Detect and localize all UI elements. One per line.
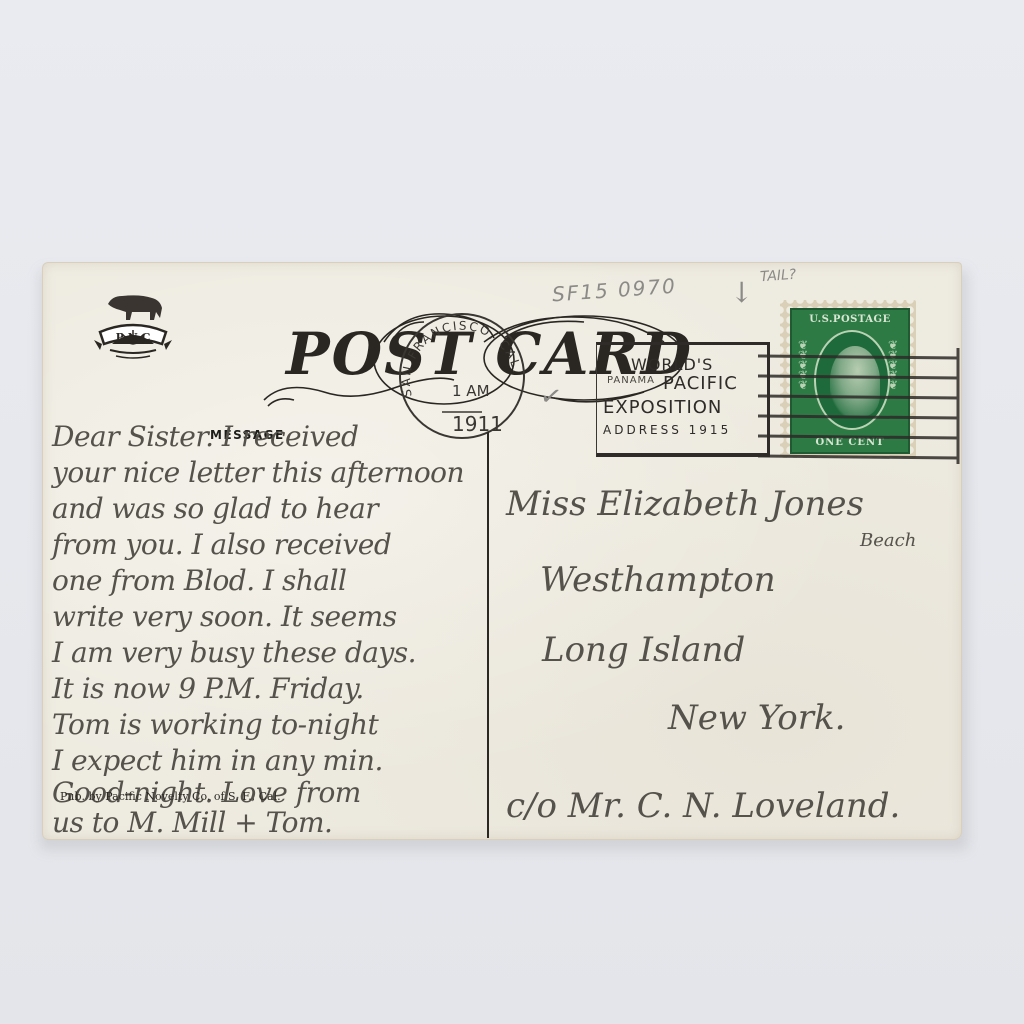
address-town: Westhampton bbox=[540, 560, 776, 600]
cancel-lines bbox=[758, 348, 964, 464]
address-care-of: c/o Mr. C. N. Loveland. bbox=[506, 786, 900, 826]
postmark-time: 1 AM bbox=[452, 382, 490, 400]
slogan-line: ADDRESS 1915 bbox=[603, 423, 731, 437]
slogan-line: PACIFIC bbox=[663, 373, 738, 394]
slogan-line: PANAMA bbox=[607, 375, 655, 386]
message-line: one from Blod. I shall bbox=[52, 564, 347, 597]
message-line: and was so glad to hear bbox=[52, 492, 378, 525]
message-line: your nice letter this afternoon bbox=[52, 456, 464, 489]
message-line: Dear Sister. I received bbox=[52, 420, 358, 453]
exposition-slogan-cancel: WORLD'S PANAMA PACIFIC EXPOSITION ADDRES… bbox=[596, 342, 770, 457]
svg-text:P·N·C: P·N·C bbox=[116, 331, 151, 344]
postmark-year: 1911 bbox=[452, 412, 503, 436]
slogan-line: WORLD'S bbox=[631, 355, 713, 374]
message-line: write very soon. It seems bbox=[52, 600, 397, 633]
message-line: from you. I also received bbox=[52, 528, 391, 561]
address-name: Miss Elizabeth Jones bbox=[506, 484, 864, 524]
message-line: I am very busy these days. bbox=[52, 636, 416, 669]
message-line: us to M. Mill + Tom. bbox=[52, 806, 332, 839]
publisher-line: Pub. by Pacific Novelty Co. of S. F., Ca… bbox=[60, 790, 281, 803]
postcard: P·N·C POST CARD SF15 0970 ↓ TAIL? ✓ SAN … bbox=[42, 262, 962, 840]
address-state: New York. bbox=[668, 698, 845, 738]
pencil-arrow-icon: ↓ bbox=[730, 276, 753, 309]
message-line: I expect him in any min. bbox=[52, 744, 383, 777]
center-divider bbox=[487, 432, 489, 838]
slogan-line: EXPOSITION bbox=[603, 397, 722, 418]
message-line: It is now 9 P.M. Friday. bbox=[52, 672, 364, 705]
message-line: Tom is working to-night bbox=[52, 708, 378, 741]
bear-logo-icon: P·N·C bbox=[90, 286, 176, 366]
pencil-tail-note: TAIL? bbox=[759, 267, 796, 285]
stamp-top-text: U.S.POSTAGE bbox=[792, 314, 908, 325]
address-town-addition: Beach bbox=[860, 530, 916, 551]
address-region: Long Island bbox=[542, 630, 745, 670]
